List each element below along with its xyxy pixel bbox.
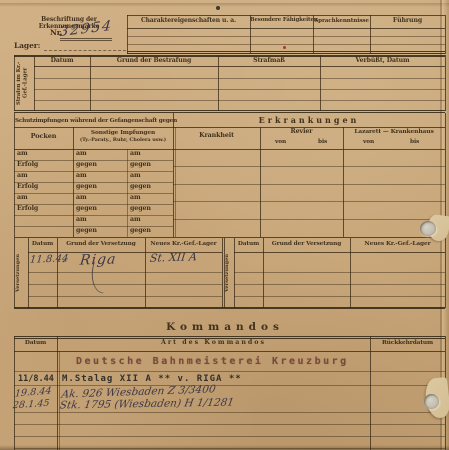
versetz-sidecol-divider-r [234,238,235,308]
impf-cell: gegen [76,228,97,235]
traits-row-line [127,44,445,45]
erkrank-row-line [173,184,445,185]
kommando-row-datum: 28.1.45 [12,398,50,412]
strafen-left-edge [14,55,15,111]
versetz-col-divider [57,238,58,308]
impf-cell: gegen [76,206,97,213]
versetz-header-line-right [234,252,445,253]
versetzungen-side-label-right: Versetzungen [224,240,233,306]
impf-cell: am [76,173,87,180]
erkrank-row-line [173,219,445,220]
erkrank-col-divider [343,127,344,237]
impf-cell: am [130,195,141,202]
impf-cell: am [76,151,87,158]
versetz-row-line [234,296,445,297]
erkrank-lazarett-bis: bis [410,139,419,145]
impf-cell: am [130,151,141,158]
strafen-header-verbuesst: Verbüßt, Datum [320,58,445,65]
strafen-bottom-line [14,110,445,113]
traits-header-faehigkeiten: Besondere Fähigkeiten [250,18,313,24]
versetz-header-neues-r: Neues Kr.-Gef.-Lager [350,241,445,247]
strafen-row-line [34,89,445,90]
impf-cell: am [17,151,28,158]
impf-col-sonstige-line1: Sonstige Impfungen [73,130,173,136]
impf-row-line [14,215,173,216]
kommandos-col-divider [57,336,58,450]
erkrank-revier-von: von [275,139,286,145]
erkrank-col-divider [260,127,261,237]
erkrank-row-line [173,166,445,167]
erkrank-revier-bis: bis [318,139,327,145]
kommandos-row-line [14,424,445,425]
impf-cell: Erfolg [17,184,38,191]
ink-speck [216,6,220,10]
impf-cell: am [17,195,28,202]
impf-cell: am [76,195,87,202]
bahnmeisterei-stamp: Deutsche Bahnmeisterei Kreuzburg [76,356,349,367]
impf-cell: gegen [130,184,151,191]
traits-right-edge [445,15,446,54]
impf-erkrank-divider-2 [175,127,176,237]
kommandos-row-line [14,436,445,437]
strafen-right-edge [445,55,446,111]
impf-bottom-line [14,237,445,238]
impf-cell: gegen [76,162,97,169]
kommandos-header-rueckkehr: Rückkehrdatum [370,340,445,346]
erkrank-col-krankheit: Krankheit [173,133,260,140]
erkrank-col-revier: Revier [260,129,343,136]
kommandos-row-line [14,448,445,449]
lager-blank-line [44,41,126,51]
versetz-header-neues: Neues Kr.-Gef.-Lager [145,241,222,247]
impf-cell: am [17,173,28,180]
impf-cell: am [130,217,141,224]
top-fold-shadow [0,3,449,7]
versetz-right-edge [445,238,446,308]
strafen-header-grund: Grund der Bestrafung [90,58,218,65]
punch-hole-middle [420,221,436,236]
erkrank-col-lazarett: Lazarett — Krankenhaus [343,129,445,135]
erkrank-lazarett-von: von [363,139,374,145]
versetz-col-divider-r [263,238,264,308]
impf-cell: am [130,173,141,180]
erkrank-row-line [173,201,445,202]
strafen-header-datum: Datum [34,58,90,65]
versetz-entry-neues: St. XII A [149,250,197,265]
strafen-row-line [34,100,445,101]
kommandos-col-divider [370,336,371,450]
traits-top-line [127,15,445,16]
kommandos-header-datum: Datum [14,340,57,346]
impf-cell: Erfolg [17,206,38,213]
versetz-sidecol-divider [28,238,29,308]
versetz-col-divider-r [350,238,351,308]
versetz-header-datum: Datum [28,241,57,247]
traits-header-sprachen: Sprachkenntnisse [313,18,370,24]
kommandos-header-art: Art des Kommandos [57,340,370,347]
lager-label: Lager: [14,42,40,50]
kommandos-title: Kommandos [125,322,325,334]
versetz-row-line [234,272,445,273]
strafen-row-line [34,78,445,79]
pow-personnel-card-scan: Beschriftung der Erkennungsmarke Nr. 329… [0,0,449,450]
impf-col-sonstige-line2: (Ty.-Paraty., Ruhr, Cholera usw.) [73,138,173,144]
impf-cell: gegen [130,162,151,169]
traits-header-line [127,28,445,29]
impf-span-header: Schutzimpfungen während der Gefangenscha… [15,118,172,124]
versetz-col-divider [145,238,146,308]
impf-subcol-divider [127,149,128,237]
strafen-side-label: Strafen im Kr.-Gef.-Lager [16,57,33,109]
versetz-header-grund: Grund der Versetzung [57,241,145,247]
impf-cell: Erfolg [17,162,38,169]
impf-cell: gegen [76,184,97,191]
kommandos-row-line [14,371,445,372]
versetz-mid-divider [222,238,223,308]
impf-row-line [14,193,173,194]
kommando-row-datum: 11/8.44 [18,374,54,384]
impf-cell: gegen [130,206,151,213]
kommandos-row-line [14,412,445,413]
kommandos-header-line [14,351,445,352]
punch-hole-bottom [424,394,439,409]
impf-col-divider [73,127,74,237]
kommando-row-text: Stk. 1795 (Wiesbaden) H 1/1281 [59,396,235,411]
impf-col-pocken: Pocken [14,133,73,140]
traits-bottom-line [127,51,445,54]
strafen-header-strafmass: Strafmaß [218,58,320,65]
strafen-header-line [34,66,445,67]
versetz-header-datum-r: Datum [234,241,263,247]
versetz-row-line [234,284,445,285]
red-ink-speck [283,46,286,49]
versetz-entry-mark: ✓ [61,256,69,265]
impf-left-edge [14,113,15,237]
impf-cell: am [76,217,87,224]
versetz-bottom-line [14,307,445,309]
impf-row-line [14,171,173,172]
erkrankungen-title: Erkrankungen [173,116,445,125]
impf-erkrank-divider [173,113,174,237]
versetz-header-grund-r: Grund der Versetzung [263,241,350,247]
impf-cell: gegen [130,228,151,235]
traits-header-fuehrung: Führung [370,18,445,25]
traits-header-charakter: Charaktereigenschaften u. a. [128,18,249,25]
traits-row-line [127,36,445,37]
kommandos-row-line [14,385,445,386]
versetzungen-side-label-left: Versetzungen [15,240,27,306]
